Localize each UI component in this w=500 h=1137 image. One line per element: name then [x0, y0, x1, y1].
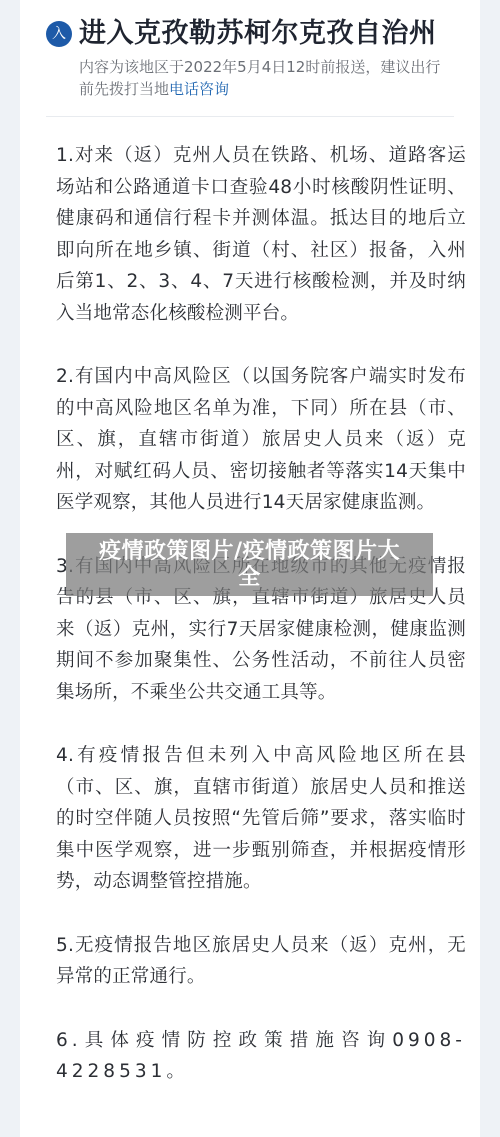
page-title: 进入克孜勒苏柯尔克孜自治州: [79, 15, 437, 53]
policy-item-5: 5.无疫情报告地区旅居史人员来（返）克州，无异常的正常通行。: [56, 930, 466, 993]
caption-line-1: 疫情政策图片/疫情政策图片大: [66, 539, 433, 565]
policy-item-4: 4.有疫情报告但未列入中高风险地区所在县（市、区、旗，直辖市街道）旅居史人员和推…: [56, 740, 466, 898]
subtitle-text: 内容为该地区于2022年5月4日12时前报送，建议出行前先拨打当地: [79, 58, 440, 98]
caption-line-2: 全: [66, 565, 433, 591]
policy-item-2: 2.有国内中高风险区（以国务院客户端实时发布的中高风险地区名单为准，下同）所在县…: [56, 361, 466, 519]
entry-badge-icon: 入: [46, 21, 72, 47]
divider: [46, 116, 454, 117]
policy-item-1: 1.对来（返）克州人员在铁路、机场、道路客运场站和公路通道卡口查验48小时核酸阴…: [56, 140, 466, 329]
caption-overlay: 疫情政策图片/疫情政策图片大 全: [66, 533, 433, 596]
policy-item-6: 6.具体疫情防控政策措施咨询0908-4228531。: [56, 1025, 466, 1088]
page: 入 进入克孜勒苏柯尔克孜自治州 内容为该地区于2022年5月4日12时前报送，建…: [0, 0, 500, 1137]
phone-consult-link[interactable]: 电话咨询: [169, 80, 229, 98]
policy-list: 1.对来（返）克州人员在铁路、机场、道路客运场站和公路通道卡口查验48小时核酸阴…: [56, 140, 466, 1120]
subtitle: 内容为该地区于2022年5月4日12时前报送，建议出行前先拨打当地电话咨询: [79, 56, 449, 100]
